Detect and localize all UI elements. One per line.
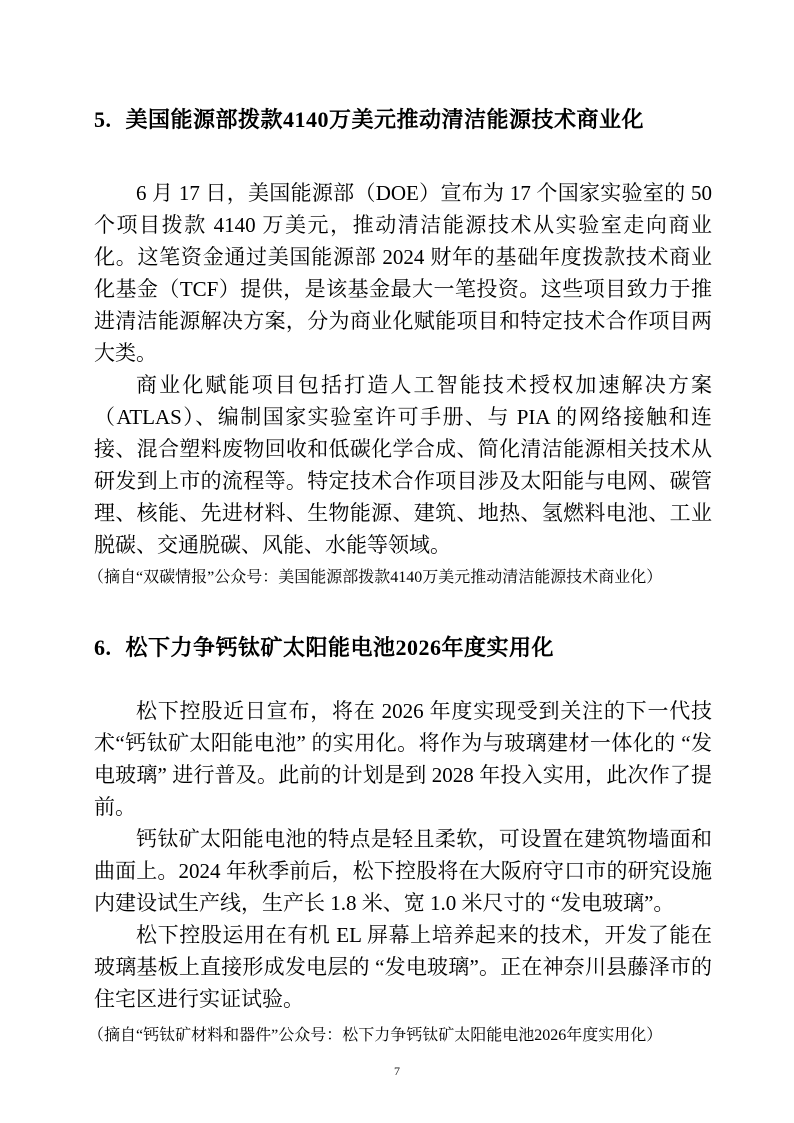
section-5-number: 5.: [94, 105, 112, 135]
section-6-paragraph-3: 松下控股运用在有机 EL 屏幕上培养起来的技术，开发了能在玻璃基板上直接形成发电…: [94, 919, 712, 1015]
section-5-source-note: （摘自“双碳情报”公众号：美国能源部拨款4140万美元推动清洁能源技术商业化）: [88, 567, 712, 589]
section-6-title: 松下力争钙钛矿太阳能电池2026年度实用化: [126, 635, 555, 660]
section-6-source-note: （摘自“钙钛矿材料和器件”公众号：松下力争钙钛矿太阳能电池2026年度实用化）: [88, 1025, 712, 1047]
section-6-paragraph-2: 钙钛矿太阳能电池的特点是轻且柔软，可设置在建筑物墙面和曲面上。2024 年秋季前…: [94, 823, 712, 919]
document-page: 5.美国能源部拨款4140万美元推动清洁能源技术商业化 6 月 17 日，美国能…: [0, 0, 794, 1123]
page-number: 7: [0, 1064, 794, 1079]
section-5-title: 美国能源部拨款4140万美元推动清洁能源技术商业化: [126, 107, 645, 132]
section-5-heading: 5.美国能源部拨款4140万美元推动清洁能源技术商业化: [94, 105, 712, 135]
section-6-heading: 6.松下力争钙钛矿太阳能电池2026年度实用化: [94, 633, 712, 663]
section-5-paragraph-1: 6 月 17 日，美国能源部（DOE）宣布为 17 个国家实验室的 50 个项目…: [94, 177, 712, 369]
section-5-paragraph-2: 商业化赋能项目包括打造人工智能技术授权加速解决方案（ATLAS）、编制国家实验室…: [94, 369, 712, 561]
section-6-paragraph-1: 松下控股近日宣布，将在 2026 年度实现受到关注的下一代技术“钙钛矿太阳能电池…: [94, 695, 712, 823]
section-6-number: 6.: [94, 633, 112, 663]
